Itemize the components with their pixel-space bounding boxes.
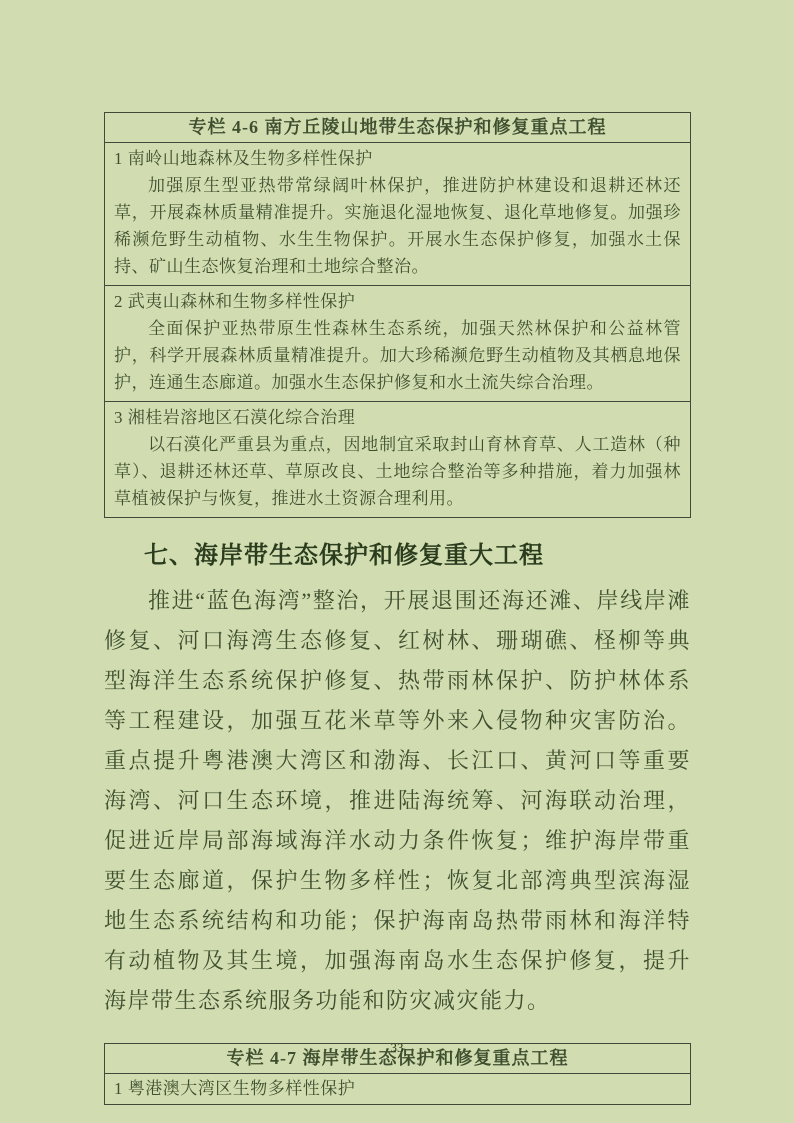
box-4-6-item-2-body: 全面保护亚热带原生性森林生态系统，加强天然林保护和公益林管护，科学开展森林质量精… bbox=[114, 315, 681, 396]
box-4-6-item-1-body: 加强原生型亚热带常绿阔叶林保护，推进防护林建设和退耕还林还草，开展森林质量精准提… bbox=[114, 172, 681, 280]
document-page: 专栏 4-6 南方丘陵山地带生态保护和修复重点工程 1 南岭山地森林及生物多样性… bbox=[0, 0, 794, 1123]
box-4-6-item-1: 1 南岭山地森林及生物多样性保护 加强原生型亚热带常绿阔叶林保护，推进防护林建设… bbox=[105, 143, 690, 285]
box-4-6-item-1-heading: 1 南岭山地森林及生物多样性保护 bbox=[114, 145, 681, 172]
box-4-6-item-2-heading: 2 武夷山森林和生物多样性保护 bbox=[114, 288, 681, 315]
page-number: 33 bbox=[0, 1040, 794, 1056]
callout-box-4-6: 专栏 4-6 南方丘陵山地带生态保护和修复重点工程 1 南岭山地森林及生物多样性… bbox=[104, 112, 691, 518]
box-4-6-item-3-body: 以石漠化严重县为重点，因地制宜采取封山育林育草、人工造林（种草）、退耕还林还草、… bbox=[114, 431, 681, 512]
box-4-6-item-3: 3 湘桂岩溶地区石漠化综合治理 以石漠化严重县为重点，因地制宜采取封山育林育草、… bbox=[105, 401, 690, 517]
box-4-7-item-1: 1 粤港澳大湾区生物多样性保护 bbox=[105, 1074, 690, 1104]
box-4-6-item-2: 2 武夷山森林和生物多样性保护 全面保护亚热带原生性森林生态系统，加强天然林保护… bbox=[105, 285, 690, 401]
callout-box-4-6-title: 专栏 4-6 南方丘陵山地带生态保护和修复重点工程 bbox=[105, 113, 690, 143]
box-4-7-item-1-heading: 1 粤港澳大湾区生物多样性保护 bbox=[114, 1075, 681, 1102]
section-paragraph: 推进“蓝色海湾”整治，开展退围还海还滩、岸线岸滩修复、河口海湾生态修复、红树林、… bbox=[104, 581, 691, 1021]
section-heading: 七、海岸带生态保护和修复重大工程 bbox=[144, 535, 691, 570]
box-4-6-item-3-heading: 3 湘桂岩溶地区石漠化综合治理 bbox=[114, 404, 681, 431]
page-content: 专栏 4-6 南方丘陵山地带生态保护和修复重点工程 1 南岭山地森林及生物多样性… bbox=[104, 112, 691, 1105]
